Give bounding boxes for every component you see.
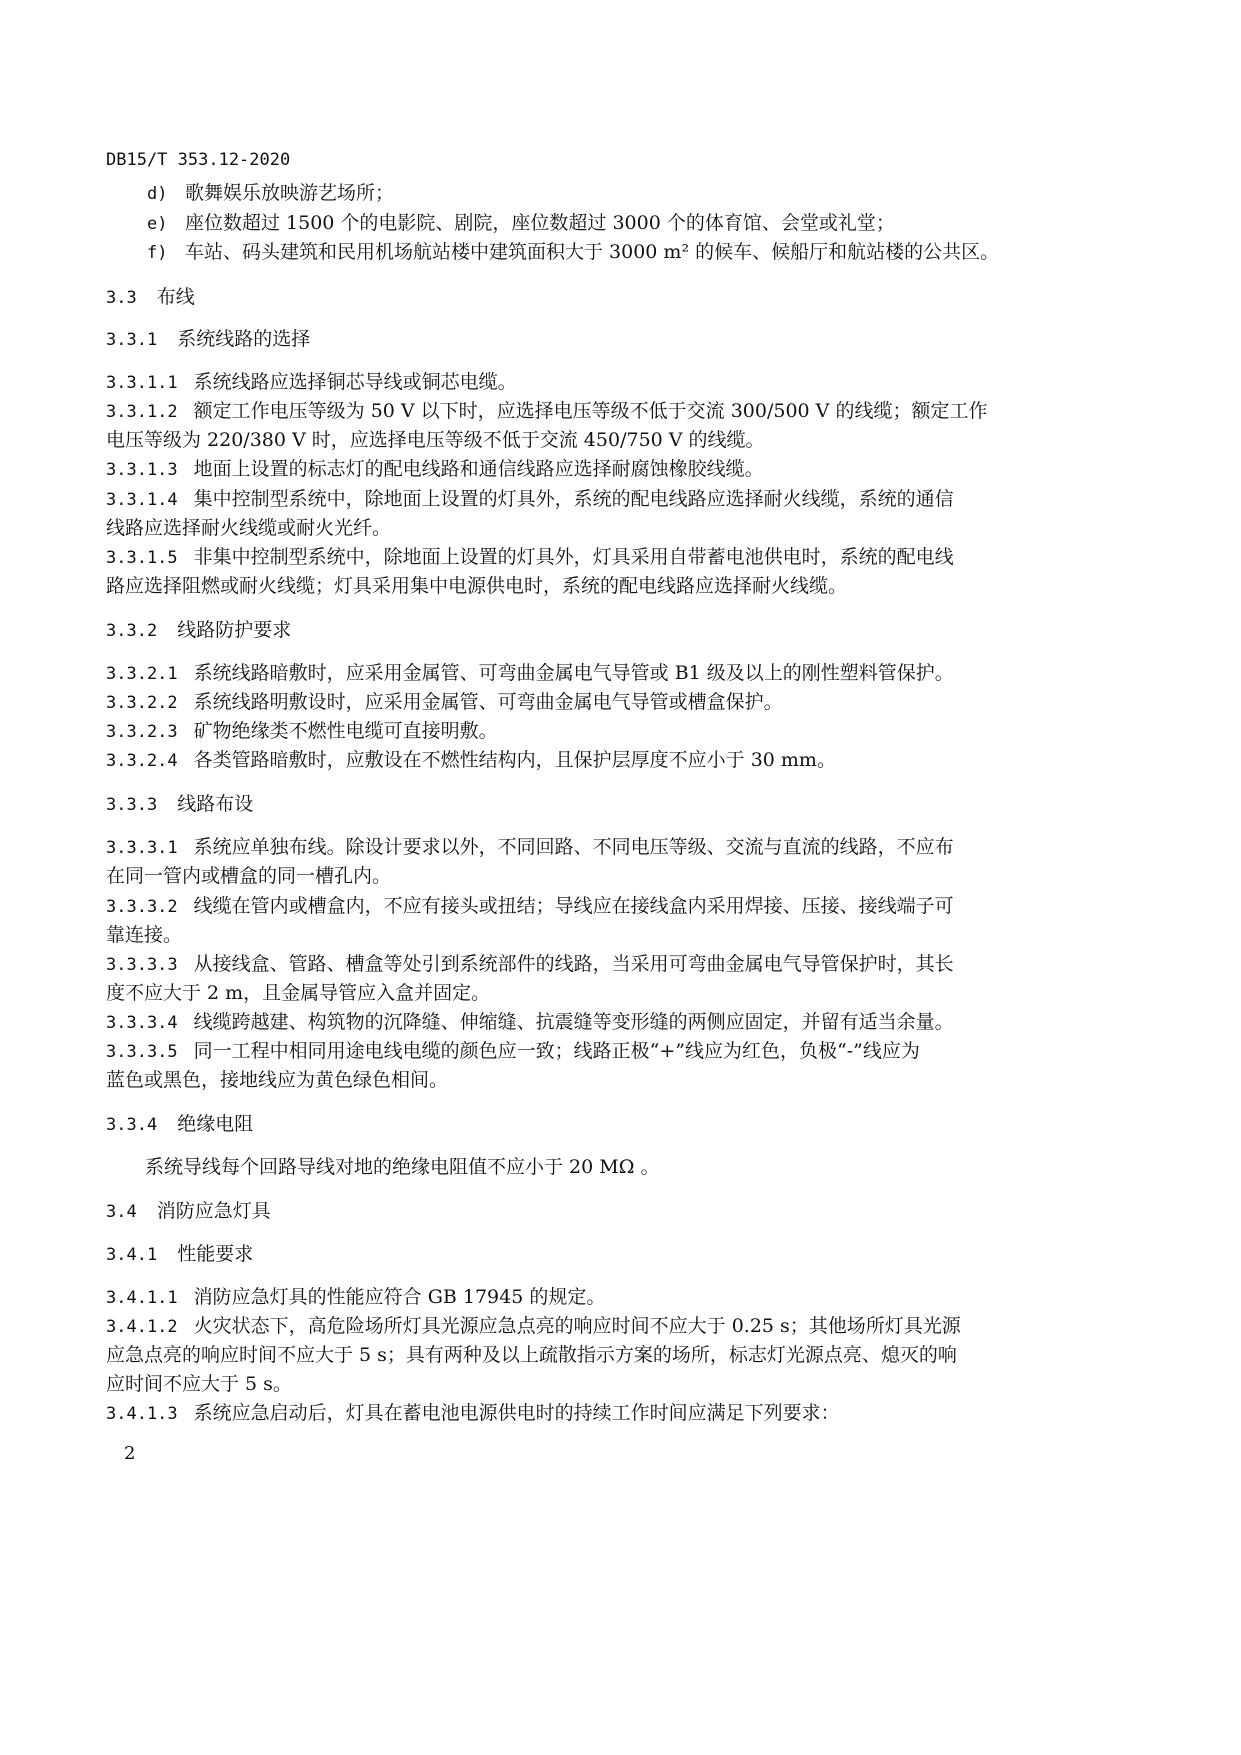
clause-number: 3.3.1.4 (106, 489, 178, 511)
clause-number: 3.4.1.1 (106, 1287, 178, 1309)
clause-number: 3.3.3.1 (106, 837, 178, 859)
section-number: 3.3.3 (106, 794, 157, 816)
section-number: 3.3.1 (106, 329, 157, 351)
section-number: 3.4.1 (106, 1244, 157, 1266)
clause: 3.3.1.3地面上设置的标志灯的配电线路和通信线路应选择耐腐蚀橡胶线缆。 (106, 458, 764, 481)
clause-number: 3.3.2.1 (106, 663, 178, 685)
clause: 3.3.2.2系统线路明敷设时，应采用金属管、可弯曲金属电气导管或槽盒保护。 (106, 691, 783, 714)
clause-text: 集中控制型系统中，除地面上设置的灯具外，系统的配电线路应选择耐火线缆，系统的通信 (194, 488, 954, 510)
section-heading: 3.3.4绝缘电阻 (106, 1113, 253, 1136)
clause-text: 系统线路暗敷时，应采用金属管、可弯曲金属电气导管或 B1 级及以上的刚性塑料管保… (194, 662, 954, 684)
clause-text: 同一工程中相同用途电线电缆的颜色应一致；线路正极“+”线应为红色，负极“-”线应… (194, 1040, 920, 1062)
clause-continuation: 靠连接。 (106, 924, 182, 946)
clause: 3.3.1.2额定工作电压等级为 50 V 以下时，应选择电压等级不低于交流 3… (106, 400, 987, 423)
clause-number: 3.3.1.1 (106, 372, 178, 394)
clause-number: 3.3.1.5 (106, 547, 178, 569)
section-title: 消防应急灯具 (157, 1200, 271, 1222)
clause: 3.4.1.1消防应急灯具的性能应符合 GB 17945 的规定。 (106, 1286, 605, 1309)
section-title: 绝缘电阻 (177, 1113, 253, 1135)
paragraph: 系统导线每个回路导线对地的绝缘电阻值不应小于 20 MΩ 。 (145, 1156, 660, 1178)
clause-number: 3.3.2.4 (106, 750, 178, 772)
clause: 3.3.3.1系统应单独布线。除设计要求以外，不同回路、不同电压等级、交流与直流… (106, 836, 954, 859)
clause-text: 从接线盒、管路、槽盒等处引到系统部件的线路，当采用可弯曲金属电气导管保护时，其长 (194, 953, 954, 975)
clause: 3.3.3.2线缆在管内或槽盒内，不应有接头或扭结；导线应在接线盒内采用焊接、压… (106, 895, 954, 918)
section-title: 线路布设 (177, 793, 253, 815)
list-item: f)车站、码头建筑和民用机场航站楼中建筑面积大于 3000 m² 的候车、候船厅… (147, 241, 999, 264)
clause-continuation: 度不应大于 2 m，且金属导管应入盒并固定。 (106, 982, 490, 1004)
clause-text: 系统应急启动后，灯具在蓄电池电源供电时的持续工作时间应满足下列要求： (194, 1402, 840, 1424)
clause-text: 线缆在管内或槽盒内，不应有接头或扭结；导线应在接线盒内采用焊接、压接、接线端子可 (194, 895, 954, 917)
clause: 3.3.2.1系统线路暗敷时，应采用金属管、可弯曲金属电气导管或 B1 级及以上… (106, 662, 954, 685)
list-item: d)歌舞娱乐放映游艺场所； (147, 182, 394, 205)
clause: 3.3.1.4集中控制型系统中，除地面上设置的灯具外，系统的配电线路应选择耐火线… (106, 488, 954, 511)
clause: 3.4.1.3系统应急启动后，灯具在蓄电池电源供电时的持续工作时间应满足下列要求… (106, 1402, 840, 1425)
clause: 3.3.2.4各类管路暗敷时，应敷设在不燃性结构内，且保护层厚度不应小于 30 … (106, 749, 836, 772)
clause-number: 3.4.1.2 (106, 1316, 178, 1338)
section-heading: 3.3.2线路防护要求 (106, 619, 291, 642)
clause: 3.4.1.2火灾状态下，高危险场所灯具光源应急点亮的响应时间不应大于 0.25… (106, 1315, 961, 1338)
list-label: d) (147, 183, 185, 205)
clause-continuation: 线路应选择耐火线缆或耐火光纤。 (106, 517, 391, 539)
clause-text: 额定工作电压等级为 50 V 以下时，应选择电压等级不低于交流 300/500 … (194, 400, 988, 422)
section-number: 3.3 (106, 287, 137, 309)
page-number: 2 (124, 1443, 135, 1464)
section-heading: 3.3.1系统线路的选择 (106, 328, 310, 351)
clause-text: 线缆跨越建、构筑物的沉降缝、伸缩缝、抗震缝等变形缝的两侧应固定，并留有适当余量。 (194, 1011, 954, 1033)
section-title: 性能要求 (177, 1243, 253, 1265)
list-text: 车站、码头建筑和民用机场航站楼中建筑面积大于 3000 m² 的候车、候船厅和航… (185, 241, 999, 263)
section-title: 布线 (157, 286, 195, 308)
clause-number: 3.3.1.2 (106, 401, 178, 423)
clause-number: 3.3.3.3 (106, 954, 178, 976)
section-heading: 3.3布线 (106, 286, 195, 309)
list-text: 歌舞娱乐放映游艺场所； (185, 182, 394, 204)
clause-text: 系统线路明敷设时，应采用金属管、可弯曲金属电气导管或槽盒保护。 (194, 691, 783, 713)
clause-text: 系统应单独布线。除设计要求以外，不同回路、不同电压等级、交流与直流的线路，不应布 (194, 836, 954, 858)
clause: 3.3.3.5同一工程中相同用途电线电缆的颜色应一致；线路正极“+”线应为红色，… (106, 1040, 920, 1063)
clause-number: 3.4.1.3 (106, 1403, 178, 1425)
section-heading: 3.3.3线路布设 (106, 793, 253, 816)
section-title: 系统线路的选择 (177, 328, 310, 350)
clause-continuation: 在同一管内或槽盒的同一槽孔内。 (106, 865, 391, 887)
clause-number: 3.3.1.3 (106, 459, 178, 481)
section-heading: 3.4.1性能要求 (106, 1243, 253, 1266)
clause: 3.3.1.5非集中控制型系统中，除地面上设置的灯具外，灯具采用自带蓄电池供电时… (106, 546, 954, 569)
clause: 3.3.2.3矿物绝缘类不燃性电缆可直接明敷。 (106, 720, 498, 743)
clause-number: 3.3.2.3 (106, 721, 178, 743)
section-title: 线路防护要求 (177, 619, 291, 641)
clause: 3.3.1.1系统线路应选择铜芯导线或铜芯电缆。 (106, 371, 517, 394)
section-number: 3.4 (106, 1201, 137, 1223)
clause-text: 系统线路应选择铜芯导线或铜芯电缆。 (194, 371, 517, 393)
list-text: 座位数超过 1500 个的电影院、剧院，座位数超过 3000 个的体育馆、会堂或… (185, 212, 895, 234)
clause-text: 矿物绝缘类不燃性电缆可直接明敷。 (194, 720, 498, 742)
clause-number: 3.3.2.2 (106, 692, 178, 714)
clause-text: 消防应急灯具的性能应符合 GB 17945 的规定。 (194, 1286, 606, 1308)
list-label: e) (147, 213, 185, 235)
list-item: e)座位数超过 1500 个的电影院、剧院，座位数超过 3000 个的体育馆、会… (147, 212, 895, 235)
clause-text: 火灾状态下，高危险场所灯具光源应急点亮的响应时间不应大于 0.25 s；其他场所… (194, 1315, 961, 1337)
clause-text: 各类管路暗敷时，应敷设在不燃性结构内，且保护层厚度不应小于 30 mm。 (194, 749, 836, 771)
clause-text: 地面上设置的标志灯的配电线路和通信线路应选择耐腐蚀橡胶线缆。 (194, 458, 764, 480)
clause-text: 非集中控制型系统中，除地面上设置的灯具外，灯具采用自带蓄电池供电时，系统的配电线 (194, 546, 954, 568)
clause-continuation: 蓝色或黑色，接地线应为黄色绿色相间。 (106, 1069, 448, 1091)
clause-continuation: 应时间不应大于 5 s。 (106, 1373, 292, 1395)
list-label: f) (147, 242, 185, 264)
clause-continuation: 应急点亮的响应时间不应大于 5 s；具有两种及以上疏散指示方案的场所，标志灯光源… (106, 1344, 957, 1366)
clause: 3.3.3.3从接线盒、管路、槽盒等处引到系统部件的线路，当采用可弯曲金属电气导… (106, 953, 954, 976)
document-code: DB15/T 353.12-2020 (106, 150, 290, 170)
section-number: 3.3.4 (106, 1114, 157, 1136)
section-heading: 3.4消防应急灯具 (106, 1200, 271, 1223)
document-page: DB15/T 353.12-2020 d)歌舞娱乐放映游艺场所； e)座位数超过… (0, 0, 1241, 1755)
clause-number: 3.3.3.4 (106, 1012, 178, 1034)
clause-number: 3.3.3.5 (106, 1041, 178, 1063)
clause-continuation: 电压等级为 220/380 V 时，应选择电压等级不低于交流 450/750 V… (106, 429, 765, 451)
section-number: 3.3.2 (106, 620, 157, 642)
clause: 3.3.3.4线缆跨越建、构筑物的沉降缝、伸缩缝、抗震缝等变形缝的两侧应固定，并… (106, 1011, 954, 1034)
clause-continuation: 路应选择阻燃或耐火线缆；灯具采用集中电源供电时，系统的配电线路应选择耐火线缆。 (106, 575, 847, 597)
clause-number: 3.3.3.2 (106, 896, 178, 918)
